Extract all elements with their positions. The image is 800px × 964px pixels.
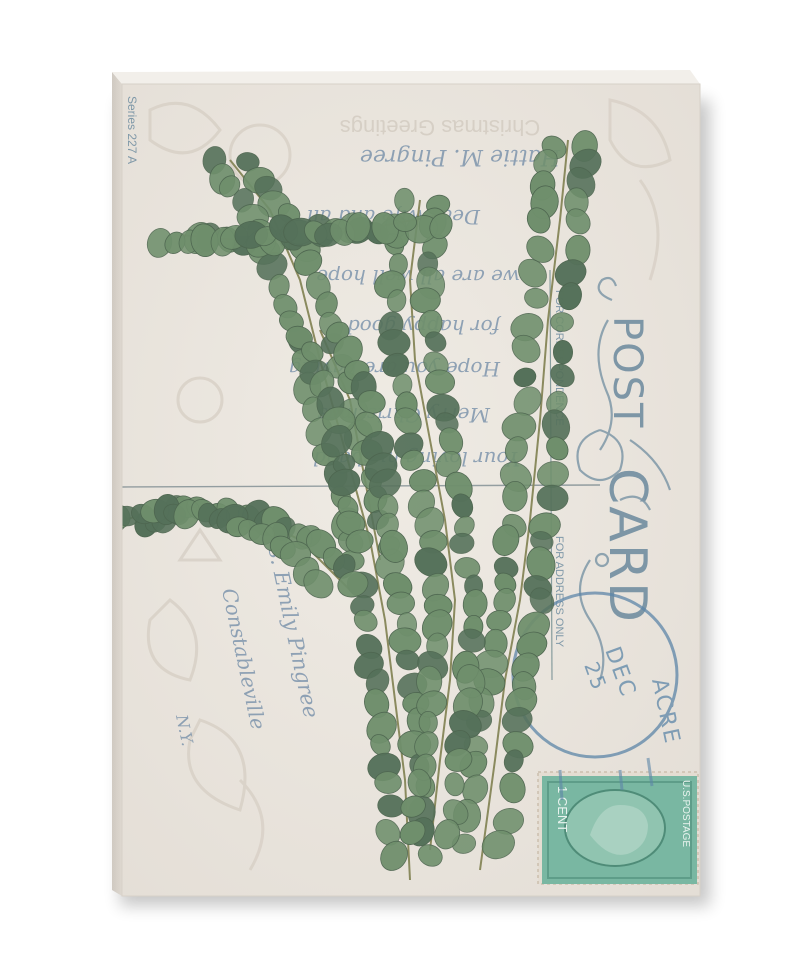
series-label: Series 227 A [125, 96, 139, 164]
address-label: FOR ADDRESS ONLY [553, 536, 565, 648]
stamp-top-label: U.S.POSTAGE [680, 780, 691, 847]
svg-text:Hattie M. Pingree: Hattie M. Pingree [360, 144, 561, 169]
postage-stamp: U.S.POSTAGE 1 CENT [538, 758, 698, 884]
canvas-print-photo: Christmas Greetings Series 227 A Hattie … [0, 0, 800, 964]
embossed-greeting: Christmas Greetings [340, 115, 541, 140]
canvas-front: Christmas Greetings Series 227 A Hattie … [92, 84, 700, 896]
